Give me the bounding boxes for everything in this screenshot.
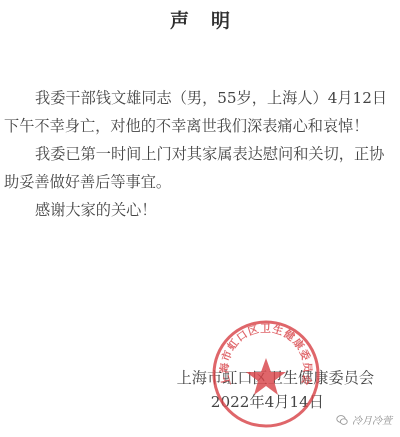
signature-block: 上海市虹口区卫生健康委员会 2022年4月14日 (114, 366, 374, 414)
paragraph-2: 我委已第一时间上门对其家属表达慰问和关切，正协助妥善做好善后等事宜。 (4, 140, 396, 196)
paragraph-1: 我委干部钱文雄同志（男，55岁，上海人）4月12日下午不幸身亡，对他的不幸离世我… (4, 84, 396, 140)
signature-date: 2022年4月14日 (114, 390, 374, 414)
watermark: 冷月冷萱 (336, 412, 392, 427)
paragraph-3: 感谢大家的关心！ (4, 196, 396, 224)
document-body: 我委干部钱文雄同志（男，55岁，上海人）4月12日下午不幸身亡，对他的不幸离世我… (4, 84, 396, 224)
page-title: 声明 (0, 6, 400, 33)
signature-organization: 上海市虹口区卫生健康委员会 (114, 366, 374, 390)
watermark-text: 冷月冷萱 (352, 412, 392, 427)
wechat-icon (336, 414, 348, 426)
